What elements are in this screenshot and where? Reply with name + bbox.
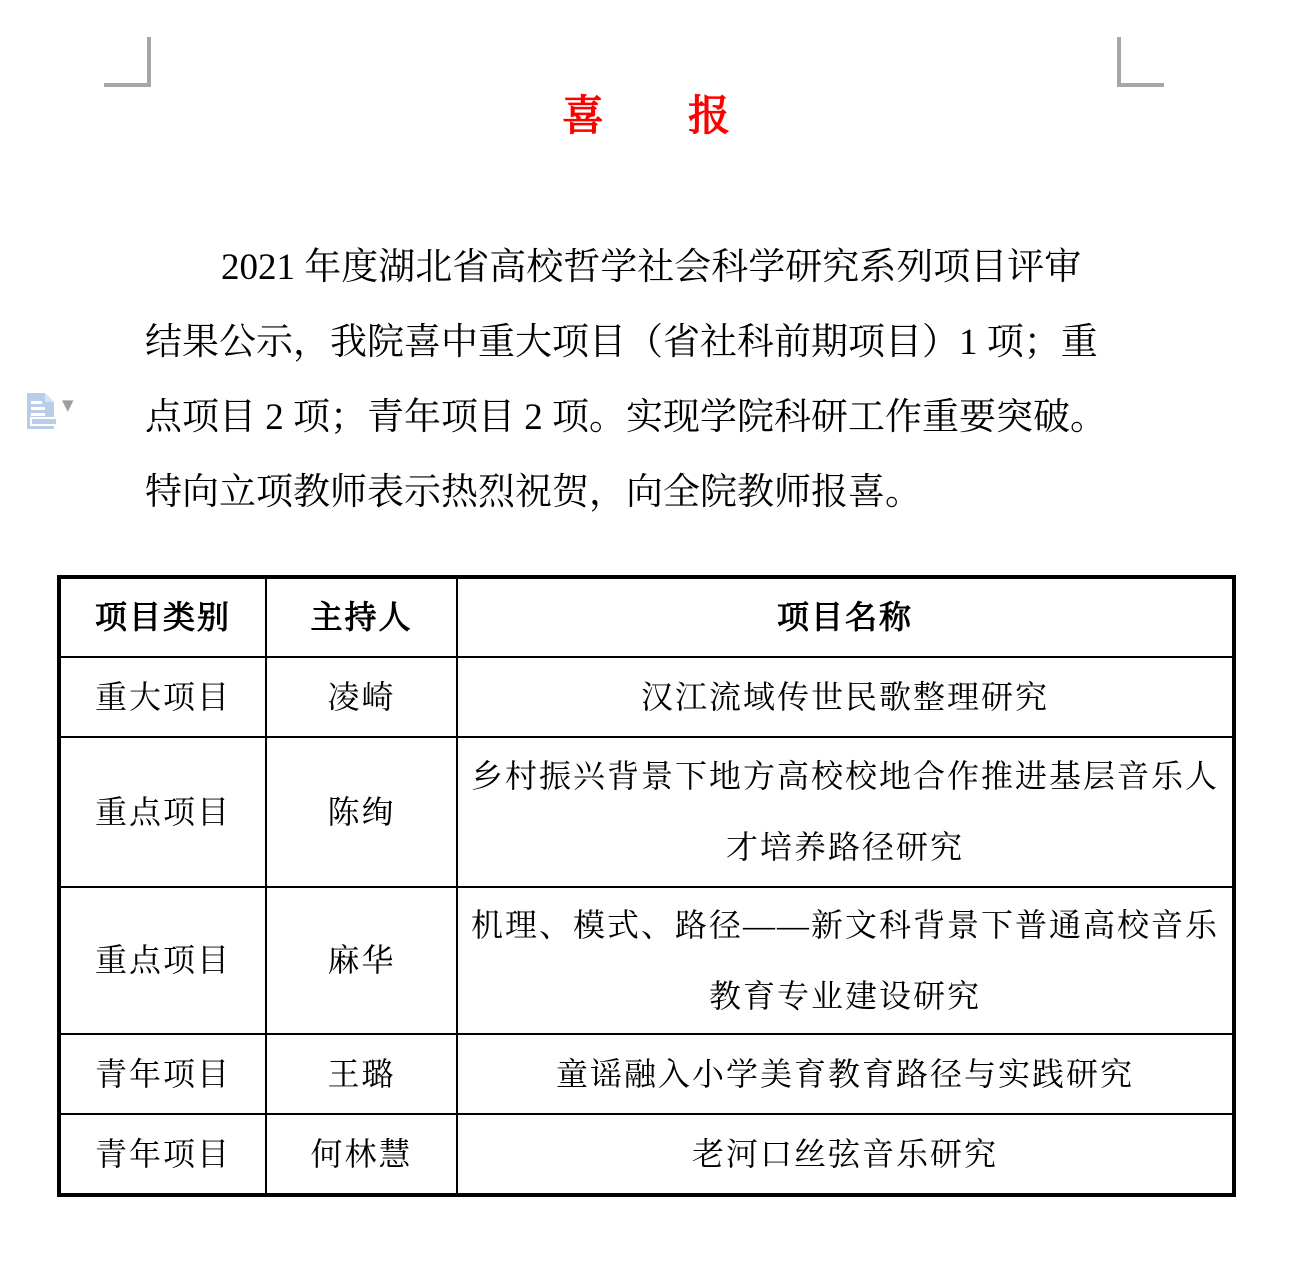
- margin-corner-mark-top-right: [1117, 37, 1164, 87]
- paragraph-line: 结果公示，我院喜中重大项目（省社科前期项目）1 项；重: [145, 305, 1135, 380]
- cell-leader: 麻华: [266, 887, 457, 1034]
- table-row: 重点项目 陈绚 乡村振兴背景下地方高校校地合作推进基层音乐人才培养路径研究: [59, 737, 1234, 887]
- column-header-leader: 主持人: [266, 577, 457, 657]
- corner-mark-horizontal-line: [1117, 83, 1164, 87]
- corner-mark-vertical-line: [147, 37, 151, 87]
- cell-leader: 凌崎: [266, 657, 457, 737]
- table-row: 重点项目 麻华 机理、模式、路径——新文科背景下普通高校音乐教育专业建设研究: [59, 887, 1234, 1034]
- column-header-project: 项目名称: [457, 577, 1234, 657]
- paragraph-line: 特向立项教师表示热烈祝贺，向全院教师报喜。: [145, 455, 1135, 530]
- cell-category: 青年项目: [59, 1034, 266, 1114]
- document-paragraph: 2021 年度湖北省高校哲学社会科学研究系列项目评审 结果公示，我院喜中重大项目…: [145, 230, 1135, 530]
- cell-leader: 陈绚: [266, 737, 457, 887]
- document-page: { "document": { "title": "喜 报", "title_c…: [0, 0, 1292, 1274]
- document-title: 喜 报: [0, 92, 1292, 142]
- cell-project: 童谣融入小学美育教育路径与实践研究: [457, 1034, 1234, 1114]
- projects-table: 项目类别 主持人 项目名称 重大项目 凌崎 汉江流域传世民歌整理研究 重点项目 …: [57, 575, 1236, 1197]
- cell-project: 汉江流域传世民歌整理研究: [457, 657, 1234, 737]
- cell-project: 乡村振兴背景下地方高校校地合作推进基层音乐人才培养路径研究: [457, 737, 1234, 887]
- cell-category: 青年项目: [59, 1114, 266, 1195]
- table-row: 青年项目 王璐 童谣融入小学美育教育路径与实践研究: [59, 1034, 1234, 1114]
- cell-leader: 何林慧: [266, 1114, 457, 1195]
- cell-project: 机理、模式、路径——新文科背景下普通高校音乐教育专业建设研究: [457, 887, 1234, 1034]
- cell-project: 老河口丝弦音乐研究: [457, 1114, 1234, 1195]
- paragraph-line: 2021 年度湖北省高校哲学社会科学研究系列项目评审: [145, 230, 1135, 305]
- margin-corner-mark-top-left: [104, 37, 151, 87]
- table-header-row: 项目类别 主持人 项目名称: [59, 577, 1234, 657]
- chevron-down-icon[interactable]: ▼: [62, 398, 74, 413]
- corner-mark-vertical-line: [1117, 37, 1121, 87]
- cell-category: 重点项目: [59, 737, 266, 887]
- projects-table-wrap: 项目类别 主持人 项目名称 重大项目 凌崎 汉江流域传世民歌整理研究 重点项目 …: [57, 575, 1292, 1197]
- paste-options-button[interactable]: ▼: [26, 392, 84, 432]
- cell-category: 重点项目: [59, 887, 266, 1034]
- corner-mark-horizontal-line: [104, 83, 151, 87]
- paste-options-icon: [26, 392, 58, 430]
- paragraph-line: 点项目 2 项；青年项目 2 项。实现学院科研工作重要突破。: [145, 380, 1135, 455]
- column-header-category: 项目类别: [59, 577, 266, 657]
- table-row: 青年项目 何林慧 老河口丝弦音乐研究: [59, 1114, 1234, 1195]
- table-row: 重大项目 凌崎 汉江流域传世民歌整理研究: [59, 657, 1234, 737]
- cell-leader: 王璐: [266, 1034, 457, 1114]
- cell-category: 重大项目: [59, 657, 266, 737]
